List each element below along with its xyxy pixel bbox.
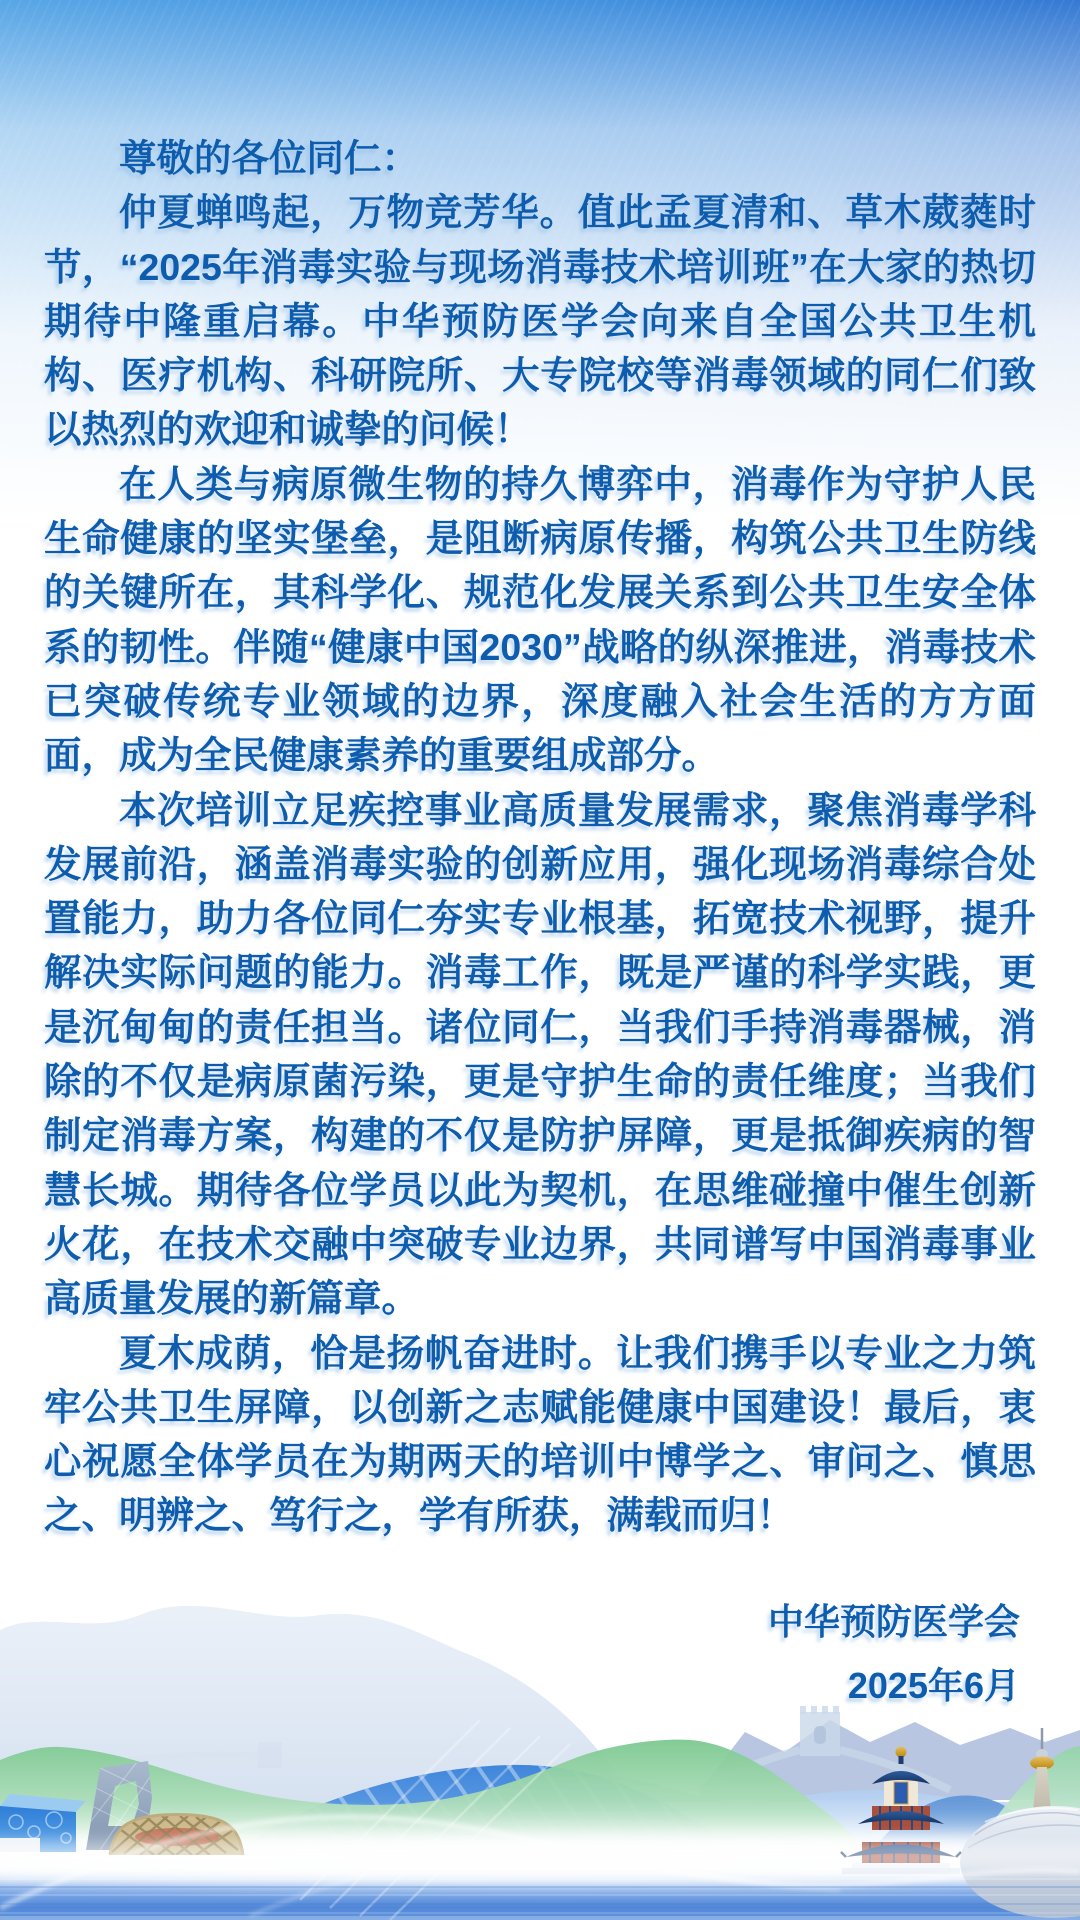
paragraph-significance: 在人类与病原微生物的持久博弈中，消毒作为守护人民生命健康的坚实堡垒，是阻断病原传… (44, 457, 1036, 783)
foreground-mist (0, 1842, 1080, 1874)
letter-body: 尊敬的各位同仁： 仲夏蝉鸣起，万物竞芳华。值此孟夏清和、草木葳蕤时节，“2025… (0, 0, 1080, 1718)
paragraph-opening: 仲夏蝉鸣起，万物竞芳华。值此孟夏清和、草木葳蕤时节，“2025年消毒实验与现场消… (44, 185, 1036, 456)
paragraph-closing-wishes: 夏木成荫，恰是扬帆奋进时。让我们携手以专业之力筑牢公共卫生屏障，以创新之志赋能健… (44, 1326, 1036, 1543)
signature-date: 2025年6月 (44, 1654, 1020, 1718)
signature-block: 中华预防医学会 2025年6月 (44, 1590, 1020, 1718)
welcome-letter-poster: 尊敬的各位同仁： 仲夏蝉鸣起，万物竞芳华。值此孟夏清和、草木葳蕤时节，“2025… (0, 0, 1080, 1920)
paragraph-training-goals: 本次培训立足疾控事业高质量发展需求，聚焦消毒学科发展前沿，涵盖消毒实验的创新应用… (44, 783, 1036, 1326)
signature-organization: 中华预防医学会 (44, 1590, 1020, 1654)
salutation: 尊敬的各位同仁： (44, 131, 1036, 185)
